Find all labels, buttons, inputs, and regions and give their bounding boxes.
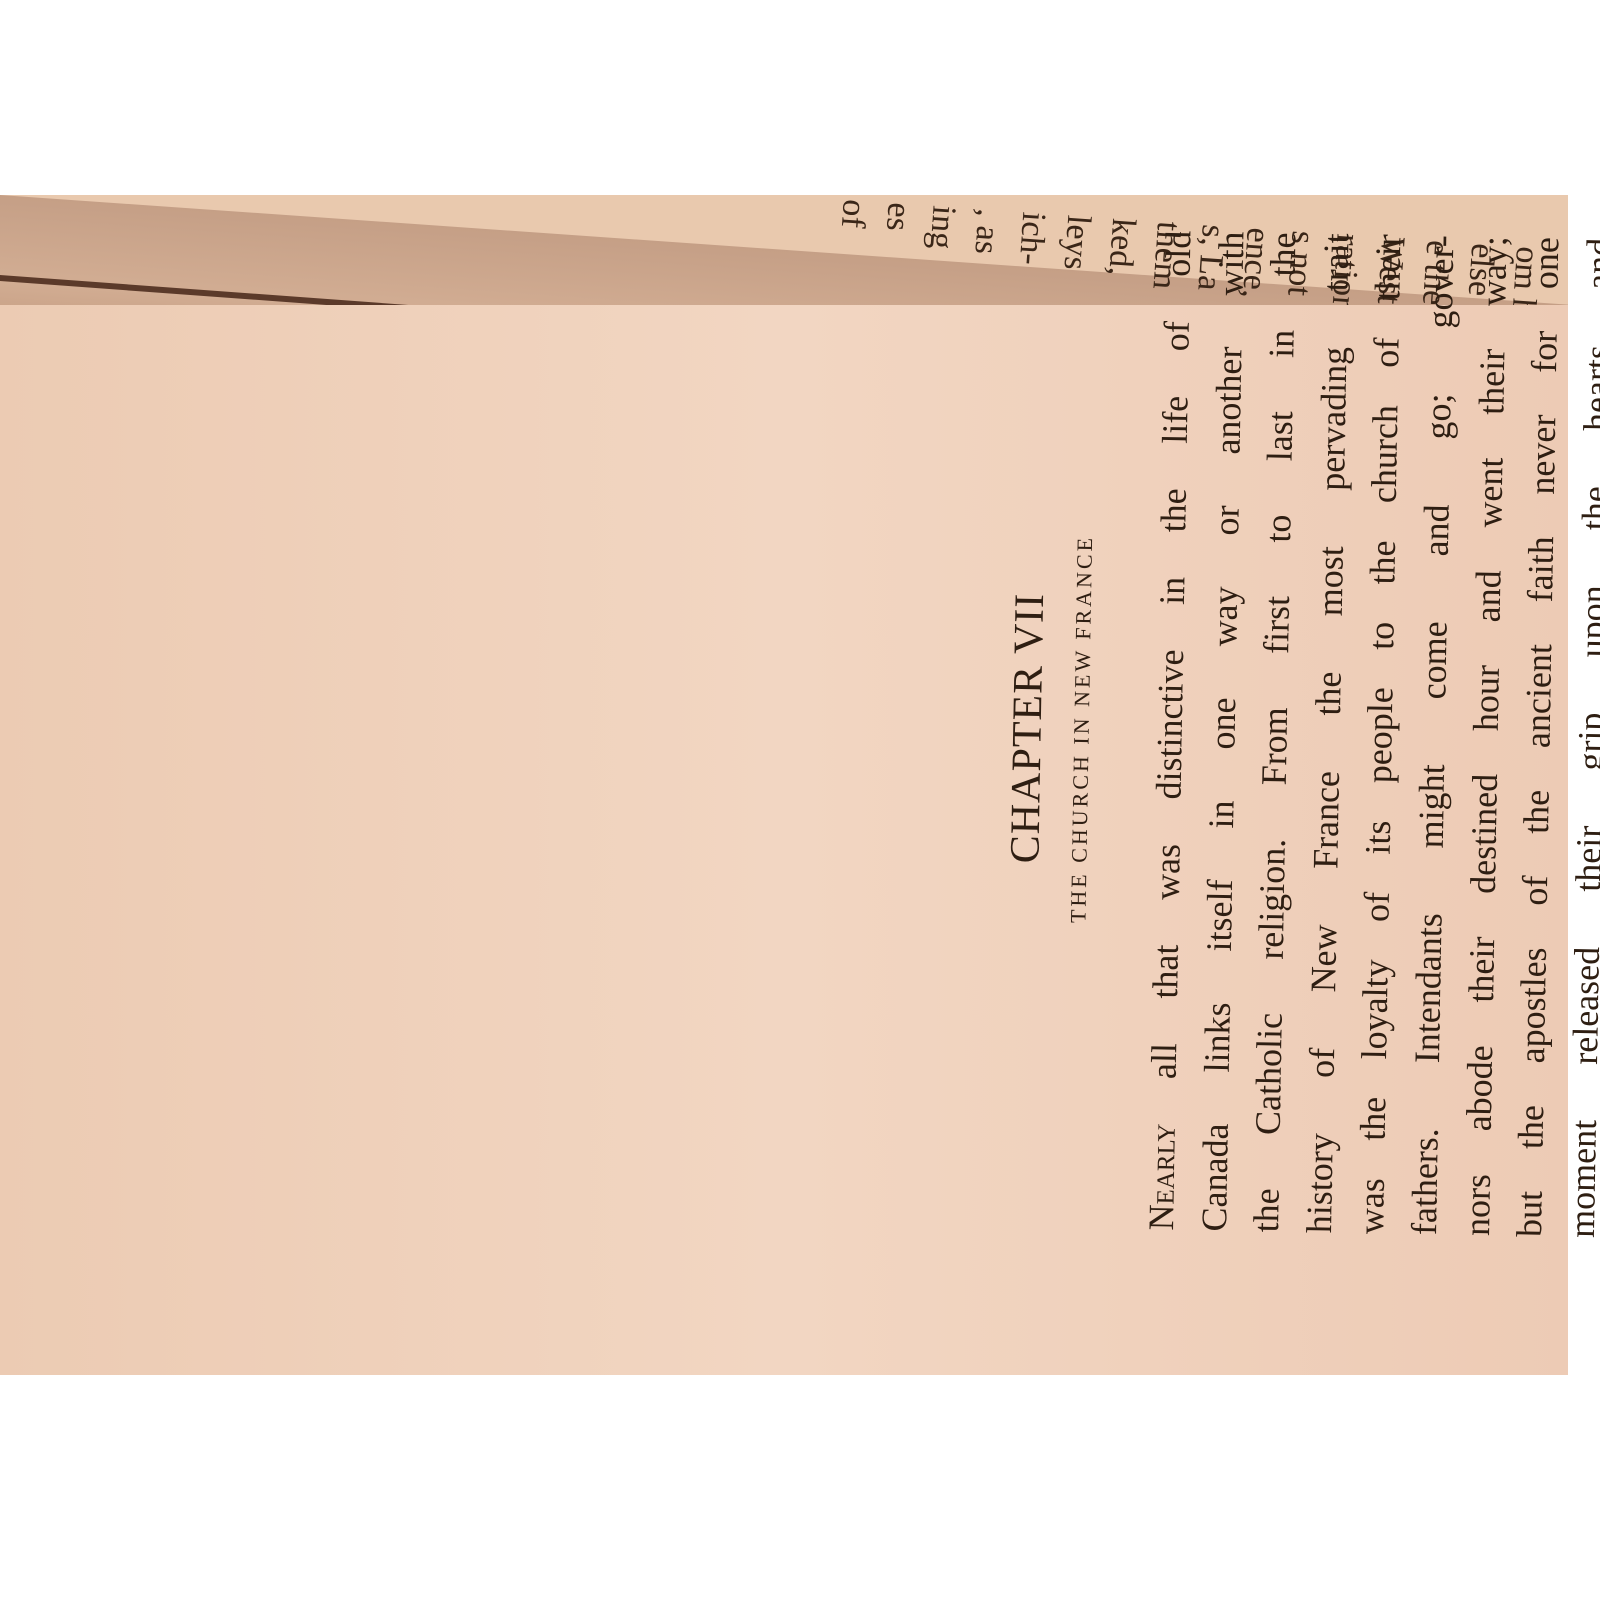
line-text: all that was distinctive in the life of … [1143, 230, 1199, 1124]
facing-fragment: ing [922, 204, 963, 250]
facing-fragment: , as [966, 208, 1007, 256]
drop-word: Nearly [1141, 1123, 1183, 1231]
facing-fragment: of [833, 198, 873, 229]
body-text: Nearly all that was distinctive in the l… [1135, 230, 1600, 1246]
facing-fragment: ked, [1100, 217, 1142, 277]
facing-fragment: es [878, 201, 918, 232]
